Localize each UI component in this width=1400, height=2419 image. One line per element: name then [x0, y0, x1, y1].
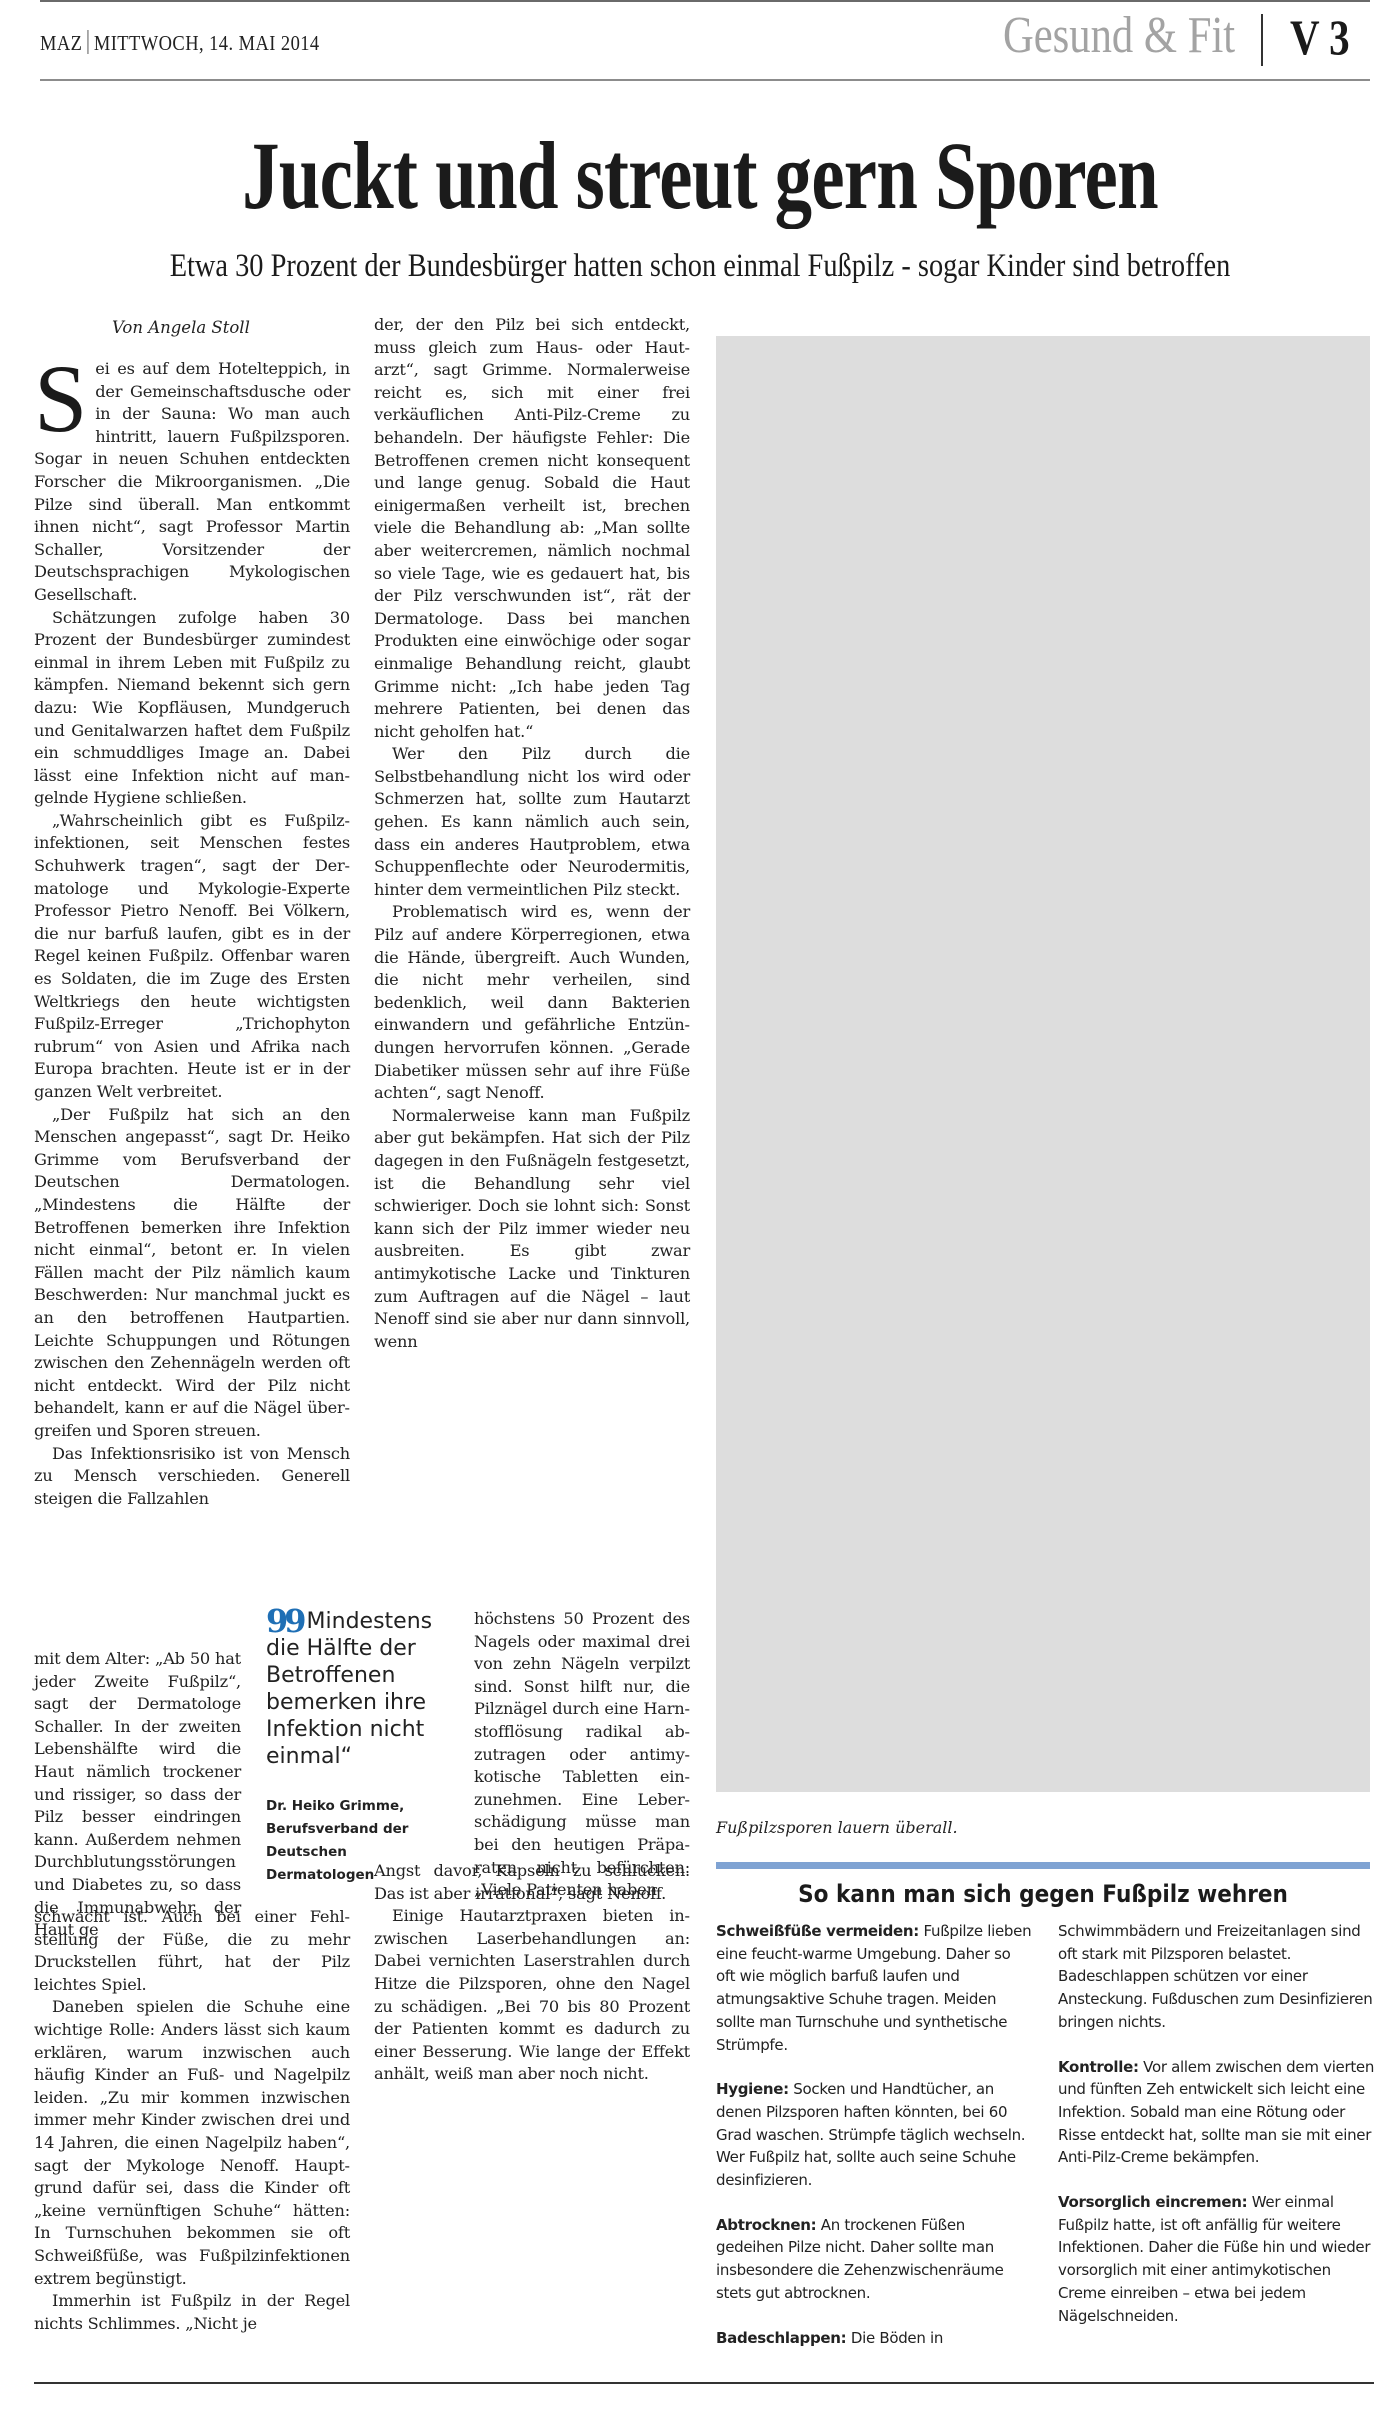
article-column-2-wrap: höchstens 50 Prozent des Nagels oder max…: [474, 1608, 690, 1902]
header-rule: [40, 79, 1370, 81]
paragraph: „Wahrscheinlich gibt es Fußpilz­infektio…: [34, 810, 350, 1104]
tip-item: Badeschlappen: Die Böden in: [716, 2327, 1032, 2350]
info-box-accent-bar: [716, 1862, 1370, 1869]
paragraph: Das Infektionsrisiko ist von Mensch zu M…: [34, 1443, 350, 1511]
quote-mark-icon: 99: [266, 1602, 303, 1640]
paragraph: Angst davor, Kapseln zu schlu­cken. Das …: [374, 1860, 690, 1905]
paragraph: Schätzungen zufolge haben 30 Prozent der…: [34, 607, 350, 810]
header-divider: [1261, 14, 1263, 66]
bottom-rule: [34, 2382, 1374, 2384]
info-box-column-right: Schwimmbädern und Freizeitanlagen sind o…: [1058, 1920, 1376, 2349]
paragraph: Wer den Pilz durch die Selbstbehandlung …: [374, 743, 690, 901]
page-number: V 3: [1290, 8, 1350, 66]
separator: [88, 30, 89, 54]
paragraph: mit dem Alter: „Ab 50 hat jeder Zweite F…: [34, 1648, 241, 1942]
article-column-2-end: Angst davor, Kapseln zu schlu­cken. Das …: [374, 1860, 690, 2086]
paragraph: Immerhin ist Fußpilz in der Re­gel nicht…: [34, 2290, 350, 2335]
paragraph: Problematisch wird es, wenn der Pilz auf…: [374, 901, 690, 1104]
headline: Juckt und streut gern Sporen: [154, 128, 1246, 224]
article-column-2: der, der den Pilz bei sich entdeckt, mus…: [374, 314, 690, 1353]
article-column-1-end: schwächt ist. Auch bei einer Fehl­stellu…: [34, 1906, 350, 2335]
byline: Von Angela Stoll: [112, 318, 250, 337]
masthead-dateline: MAZMITTWOCH, 14. MAI 2014: [40, 30, 320, 56]
paragraph: Sei es auf dem Hotelteppich, in der Geme…: [34, 358, 350, 607]
issue-date: MITTWOCH, 14. MAI 2014: [94, 31, 320, 55]
subheadline: Etwa 30 Prozent der Bundesbürger hatten …: [98, 250, 1302, 283]
paragraph: „Der Fußpilz hat sich an den Menschen an…: [34, 1104, 350, 1443]
tip-item: Hygiene: Socken und Handtücher, an denen…: [716, 2078, 1032, 2192]
pull-quote: 99Mindestens die Hälfte der Betroffenen …: [266, 1608, 456, 1770]
paragraph: höchstens 50 Prozent des Nagels oder max…: [474, 1608, 690, 1902]
paragraph: schwächt ist. Auch bei einer Fehl­stellu…: [34, 1906, 350, 1996]
paragraph: Daneben spielen die Schuhe eine wichtige…: [34, 1996, 350, 2290]
paragraph: Normalerweise kann man Fuß­pilz aber gut…: [374, 1105, 690, 1354]
drop-cap: S: [34, 364, 87, 434]
article-column-1: Sei es auf dem Hotelteppich, in der Geme…: [34, 358, 350, 1510]
tip-item: Kontrolle: Vor allem zwischen dem vierte…: [1058, 2056, 1376, 2170]
article-photo: [716, 336, 1370, 1792]
tip-item: Abtrocknen: An trockenen Füßen gedeihen …: [716, 2214, 1032, 2305]
photo-caption: Fußpilzsporen lauern überall.: [716, 1818, 958, 1837]
article-column-1-wrap: mit dem Alter: „Ab 50 hat jeder Zweite F…: [34, 1648, 241, 1942]
info-box-title: So kann man sich gegen Fußpilz wehren: [749, 1880, 1338, 1908]
paper-name: MAZ: [40, 31, 82, 55]
section-title: Gesund & Fit: [1003, 6, 1235, 65]
tip-item: Schweißfüße vermeiden: Fußpilze lieben e…: [716, 1920, 1032, 2056]
paragraph: der, der den Pilz bei sich entdeckt, mus…: [374, 314, 690, 743]
tip-item: Vorsorglich eincremen: Wer einmal Fußpil…: [1058, 2191, 1376, 2327]
info-box-column-left: Schweißfüße vermeiden: Fußpilze lieben e…: [716, 1920, 1032, 2371]
tip-item: Schwimmbädern und Freizeitanlagen sind o…: [1058, 1920, 1376, 2034]
paragraph: Einige Hautarztpraxen bieten in­zwischen…: [374, 1905, 690, 2086]
top-rule: [40, 0, 1370, 2]
